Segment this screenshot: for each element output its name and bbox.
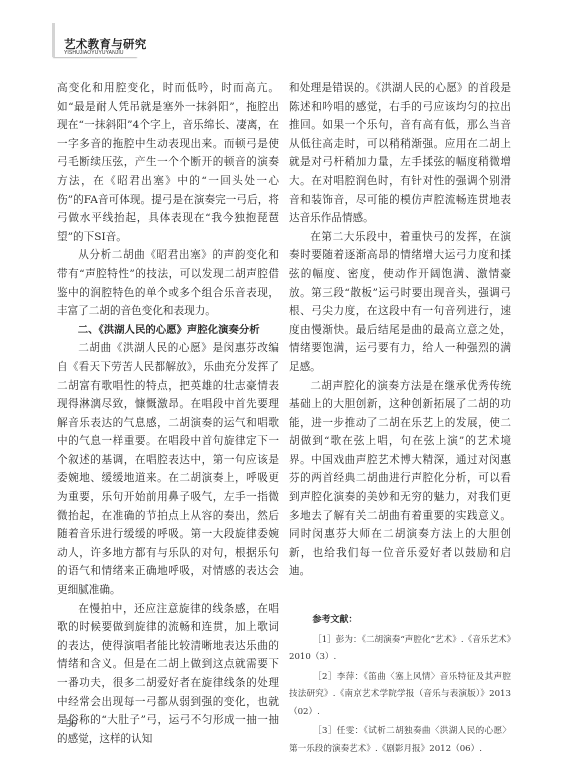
paragraph: 高变化和用腔变化，时而低吟，时而高亢。如“最是耐人凭吊就是塞外一抹斜阳”，拖腔出… (57, 79, 279, 246)
references-title: 参考文献： (289, 611, 511, 630)
paragraph: 二胡声腔化的演奏方法是在继承优秀传统基础上的大胆创新，这种创新拓展了二胡的功能，… (289, 377, 511, 582)
right-column: 和处理是错误的。《洪湖人民的心愿》的首段是陈述和吟唱的感觉，右手的弓应该均匀的拉… (289, 79, 511, 758)
reference-item: ［2］李萍：《笛曲〈塞上风情〉音乐特征及其声腔技法研究》.《南京艺术学院学报（音… (289, 669, 511, 722)
section-heading: 二、《洪湖人民的心愿》声腔化演奏分析 (57, 321, 279, 340)
paragraph: 二胡曲《洪湖人民的心愿》是闵惠芬改编自《看天下劳苦人民都解放》，乐曲充分发挥了二… (57, 339, 279, 599)
reference-item: ［3］任雯：《试析二胡独奏曲〈洪湖人民的心愿〉第一乐段的演奏艺术》.《剧影月报》… (289, 723, 511, 758)
left-column: 高变化和用腔变化，时而低吟，时而高亢。如“最是耐人凭吊就是塞外一抹斜阳”，拖腔出… (57, 79, 279, 748)
paragraph: 从分析二胡曲《昭君出塞》的声韵变化和带有“声腔特性”的技法，可以发现二胡声腔借鉴… (57, 246, 279, 320)
paragraph: 和处理是错误的。《洪湖人民的心愿》的首段是陈述和吟唱的感觉，右手的弓应该均匀的拉… (289, 79, 511, 228)
journal-pinyin: YISHUJIAOYUYUYANJIU (64, 50, 124, 56)
reference-item: ［1］彭为：《二胡演奏“声腔化”艺术》.《音乐艺术》2010（3）. (289, 632, 511, 667)
journal-masthead: 艺术教育与研究 YISHUJIAOYUYUYANJIU (52, 23, 138, 57)
page-number: 56 (66, 719, 76, 730)
paragraph: 在第二大乐段中，着重快弓的发挥，在演奏时要随着逐渐高昂的情绪增大运弓力度和揉弦的… (289, 228, 511, 377)
paragraph: 在慢拍中，还应注意旋律的线条感，在唱歌的时候要做到旋律的流畅和连贯，加上歌词的表… (57, 600, 279, 749)
